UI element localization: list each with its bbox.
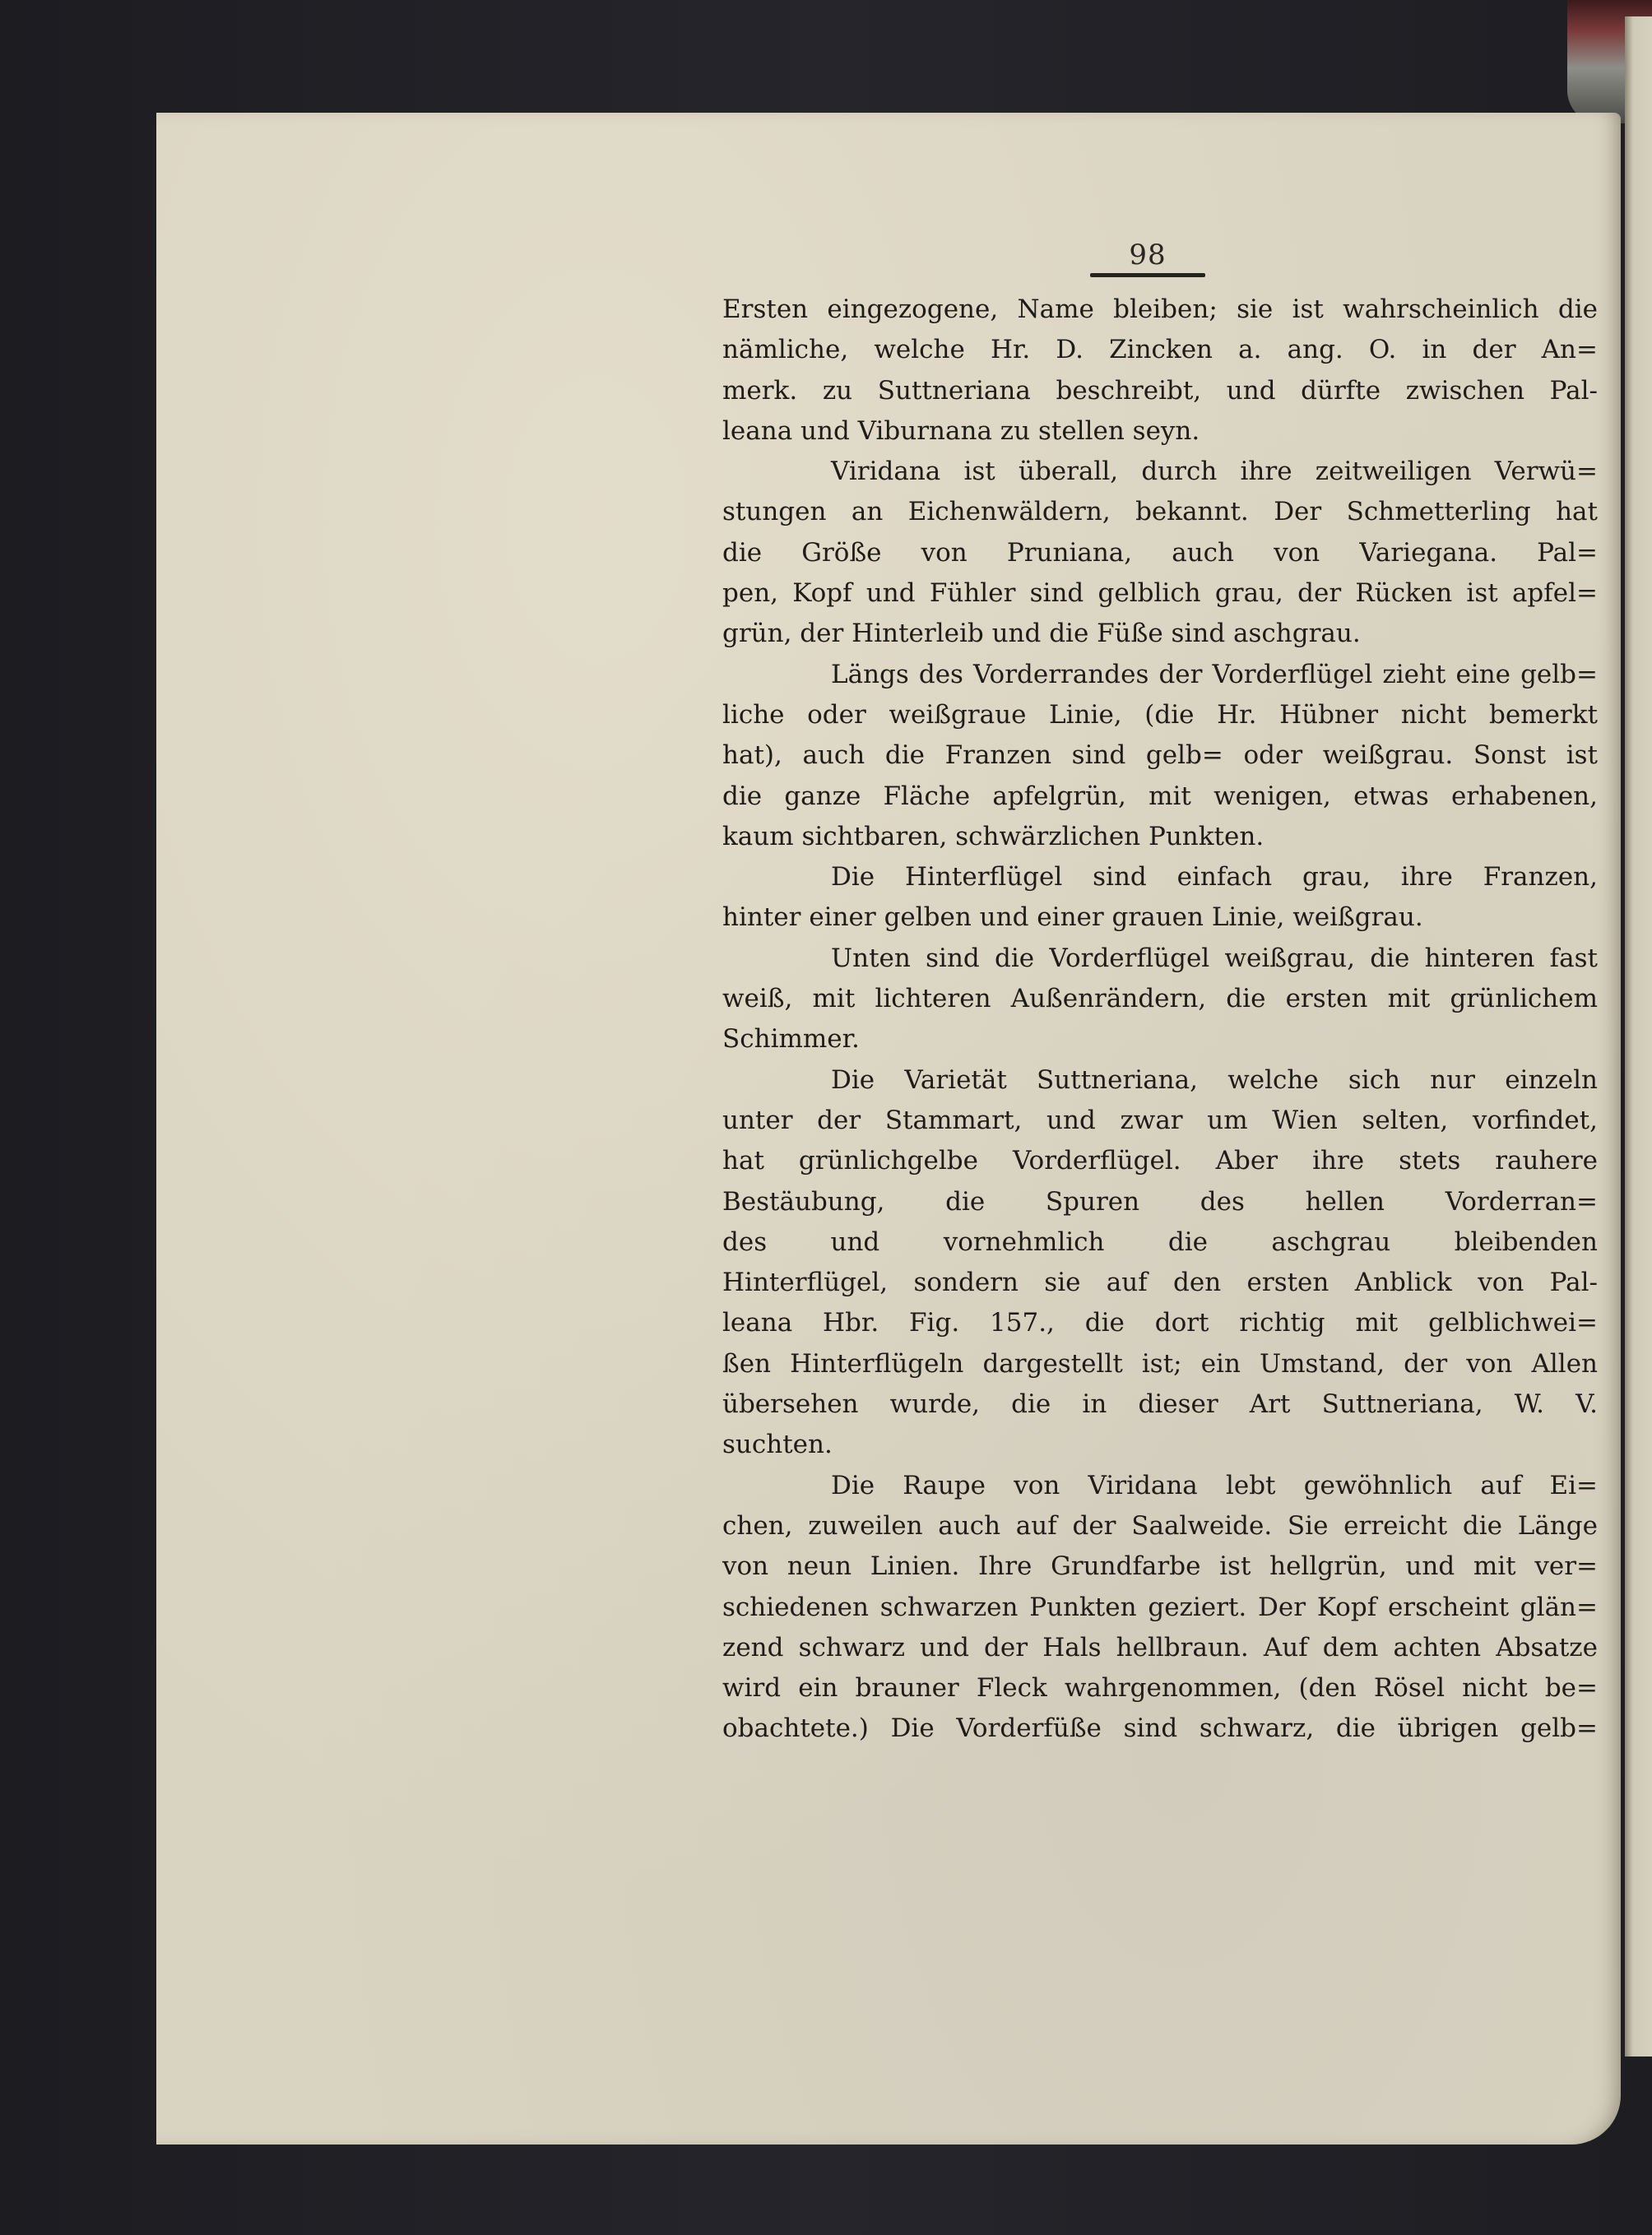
text-line: leana Hbr. Fig. 157., die dort richtig m…	[722, 1303, 1598, 1343]
header-rule	[1090, 273, 1205, 277]
text-line: pen, Kopf und Fühler sind gelblich grau,…	[722, 573, 1598, 614]
text-line: leana und Viburnana zu stellen seyn.	[722, 411, 1598, 452]
text-line: Die Raupe von Viridana lebt gewöhnlich a…	[722, 1466, 1598, 1506]
page-header: 98	[1082, 239, 1213, 277]
page-number: 98	[1082, 239, 1213, 271]
text-line: suchten.	[722, 1425, 1598, 1465]
text-line: Die Varietät Suttneriana, welche sich nu…	[722, 1060, 1598, 1101]
text-line: die Größe von Pruniana, auch von Variega…	[722, 533, 1598, 573]
text-line: hinter einer gelben und einer grauen Lin…	[722, 897, 1598, 938]
text-line: Unten sind die Vorderflügel weißgrau, di…	[722, 939, 1598, 979]
text-line: von neun Linien. Ihre Grundfarbe ist hel…	[722, 1546, 1598, 1587]
text-line: Längs des Vorderrandes der Vorderflügel …	[722, 655, 1598, 695]
text-line: unter der Stammart, und zwar um Wien sel…	[722, 1101, 1598, 1141]
text-line: obachtete.) Die Vorderfüße sind schwarz,…	[722, 1709, 1598, 1749]
text-line: chen, zuweilen auch auf der Saalweide. S…	[722, 1506, 1598, 1546]
text-line: die ganze Fläche apfelgrün, mit wenigen,…	[722, 777, 1598, 817]
text-line: Die Hinterflügel sind einfach grau, ihre…	[722, 857, 1598, 897]
text-line: wird ein brauner Fleck wahrgenommen, (de…	[722, 1668, 1598, 1709]
text-line: des und vornehmlich die aschgrau bleiben…	[722, 1222, 1598, 1263]
text-line: nämliche, welche Hr. D. Zincken a. ang. …	[722, 330, 1598, 370]
text-line: kaum sichtbaren, schwärzlichen Punkten.	[722, 817, 1598, 857]
text-line: weiß, mit lichteren Außenrändern, die er…	[722, 979, 1598, 1019]
text-line: zend schwarz und der Hals hellbraun. Auf…	[722, 1628, 1598, 1668]
text-line: Ersten eingezogene, Name bleiben; sie is…	[722, 290, 1598, 330]
text-line: Bestäubung, die Spuren des hellen Vorder…	[722, 1182, 1598, 1222]
text-line: liche oder weißgraue Linie, (die Hr. Hüb…	[722, 695, 1598, 735]
text-line: merk. zu Suttneriana beschreibt, und dür…	[722, 371, 1598, 411]
body-text: Ersten eingezogene, Name bleiben; sie is…	[722, 290, 1598, 1750]
text-line: ßen Hinterflügeln dargestellt ist; ein U…	[722, 1344, 1598, 1384]
text-line: hat), auch die Franzen sind gelb= oder w…	[722, 735, 1598, 776]
text-line: übersehen wurde, die in dieser Art Suttn…	[722, 1384, 1598, 1425]
text-line: Schimmer.	[722, 1019, 1598, 1060]
text-line: schiedenen schwarzen Punkten geziert. De…	[722, 1588, 1598, 1628]
text-line: hat grünlichgelbe Vorderflügel. Aber ihr…	[722, 1141, 1598, 1181]
text-line: grün, der Hinterleib und die Füße sind a…	[722, 614, 1598, 654]
text-line: Viridana ist überall, durch ihre zeitwei…	[722, 452, 1598, 492]
adjacent-page-edge	[1625, 16, 1652, 2056]
text-line: stungen an Eichenwäldern, bekannt. Der S…	[722, 492, 1598, 532]
text-line: Hinterflügel, sondern sie auf den ersten…	[722, 1263, 1598, 1303]
